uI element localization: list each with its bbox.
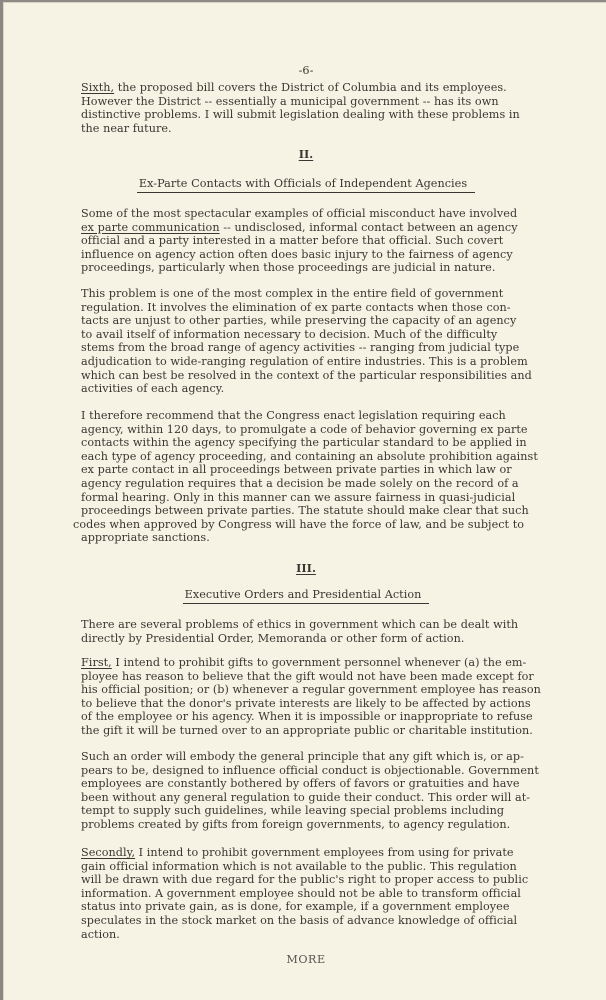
- text-line: formal hearing. Only in this manner can …: [81, 491, 601, 505]
- text-line: ployee has reason to believe that the gi…: [81, 670, 601, 684]
- paragraph-ethics-intro: There are several problems of ethics in …: [81, 618, 601, 645]
- paragraph-such-an-order: Such an order will embody the general pr…: [81, 750, 601, 832]
- paragraph-sixth: Sixth, the proposed bill covers the Dist…: [81, 81, 601, 135]
- section-title-text: Ex-Parte Contacts with Officials of Inde…: [137, 177, 475, 193]
- text-line: There are several problems of ethics in …: [81, 618, 601, 632]
- text-line: ex parte contact in all proceedings betw…: [81, 463, 601, 477]
- text-line: tacts are unjust to other parties, while…: [81, 314, 601, 328]
- lead-word-first: First,: [81, 656, 112, 669]
- text-line: proceedings between private parties. The…: [81, 504, 601, 518]
- text-line: -- undisclosed, informal contact between…: [220, 221, 518, 234]
- section-title-3: Executive Orders and Presidential Action: [3, 588, 606, 604]
- text-line: stems from the broad range of agency act…: [81, 341, 601, 355]
- underlined-phrase: ex parte communication: [81, 221, 220, 234]
- text-line: will be drawn with due regard for the pu…: [81, 873, 601, 887]
- continuation-marker: MORE: [3, 953, 606, 967]
- section-number-text: III.: [296, 561, 316, 575]
- text-line: speculates in the stock market on the ba…: [81, 914, 601, 928]
- text-line: However the District -- essentially a mu…: [81, 95, 601, 109]
- document-page: -6- Sixth, the proposed bill covers the …: [3, 2, 606, 1000]
- text-line: I intend to prohibit gifts to government…: [112, 656, 527, 669]
- text-line: the near future.: [81, 122, 601, 136]
- paragraph-secondly: Secondly, I intend to prohibit governmen…: [81, 846, 601, 941]
- section-number-3: III.: [3, 562, 606, 576]
- text-line: activities of each agency.: [81, 382, 601, 396]
- text-line: the gift it will be turned over to an ap…: [81, 724, 601, 738]
- text-line: contacts within the agency specifying th…: [81, 436, 601, 450]
- text-line: agency regulation requires that a decisi…: [81, 477, 601, 491]
- text-line: been without any general regulation to g…: [81, 791, 601, 805]
- paragraph-recommendation: I therefore recommend that the Congress …: [81, 409, 601, 545]
- text-line: agency, within 120 days, to promulgate a…: [81, 423, 601, 437]
- text-line: This problem is one of the most complex …: [81, 287, 601, 301]
- text-line: of the employee or his agency. When it i…: [81, 710, 601, 724]
- paragraph-first: First, I intend to prohibit gifts to gov…: [81, 656, 601, 738]
- text-line: gain official information which is not a…: [81, 860, 601, 874]
- text-line: pears to be, designed to influence offic…: [81, 764, 601, 778]
- lead-word-secondly: Secondly,: [81, 846, 135, 859]
- text-line: directly by Presidential Order, Memorand…: [81, 632, 601, 646]
- paragraph-complexity: This problem is one of the most complex …: [81, 287, 601, 396]
- text-line: his official position; or (b) whenever a…: [81, 683, 601, 697]
- text-line: to avail itself of information necessary…: [81, 328, 601, 342]
- paragraph-ex-parte-intro: Some of the most spectacular examples of…: [81, 207, 601, 275]
- section-title-2: Ex-Parte Contacts with Officials of Inde…: [3, 177, 606, 193]
- text-line: action.: [81, 928, 601, 942]
- text-line: proceedings, particularly when those pro…: [81, 261, 601, 275]
- text-line: regulation. It involves the elimination …: [81, 301, 601, 315]
- text-line: I therefore recommend that the Congress …: [81, 409, 601, 423]
- section-number-2: II.: [3, 148, 606, 162]
- text-line: information. A government employee shoul…: [81, 887, 601, 901]
- text-line: problems created by gifts from foreign g…: [81, 818, 601, 832]
- text-line: distinctive problems. I will submit legi…: [81, 108, 601, 122]
- section-number-text: II.: [299, 147, 314, 161]
- text-line: the proposed bill covers the District of…: [114, 81, 507, 94]
- text-line: Some of the most spectacular examples of…: [81, 207, 601, 221]
- text-line: codes when approved by Congress will hav…: [73, 518, 601, 532]
- text-line: which can best be resolved in the contex…: [81, 369, 601, 383]
- text-line: appropriate sanctions.: [81, 531, 601, 545]
- text-line: employees are constantly bothered by off…: [81, 777, 601, 791]
- section-title-text: Executive Orders and Presidential Action: [183, 588, 430, 604]
- text-line: to believe that the donor's private inte…: [81, 697, 601, 711]
- page-number: -6-: [3, 64, 606, 78]
- lead-word-sixth: Sixth,: [81, 81, 114, 94]
- text-line: each type of agency proceeding, and cont…: [81, 450, 601, 464]
- text-line: Such an order will embody the general pr…: [81, 750, 601, 764]
- text-line: I intend to prohibit government employee…: [135, 846, 513, 859]
- text-line: status into private gain, as is done, fo…: [81, 900, 601, 914]
- text-line: influence on agency action often does ba…: [81, 248, 601, 262]
- text-line: tempt to supply such guidelines, while l…: [81, 804, 601, 818]
- text-line: adjudication to wide-ranging regulation …: [81, 355, 601, 369]
- text-line: official and a party interested in a mat…: [81, 234, 601, 248]
